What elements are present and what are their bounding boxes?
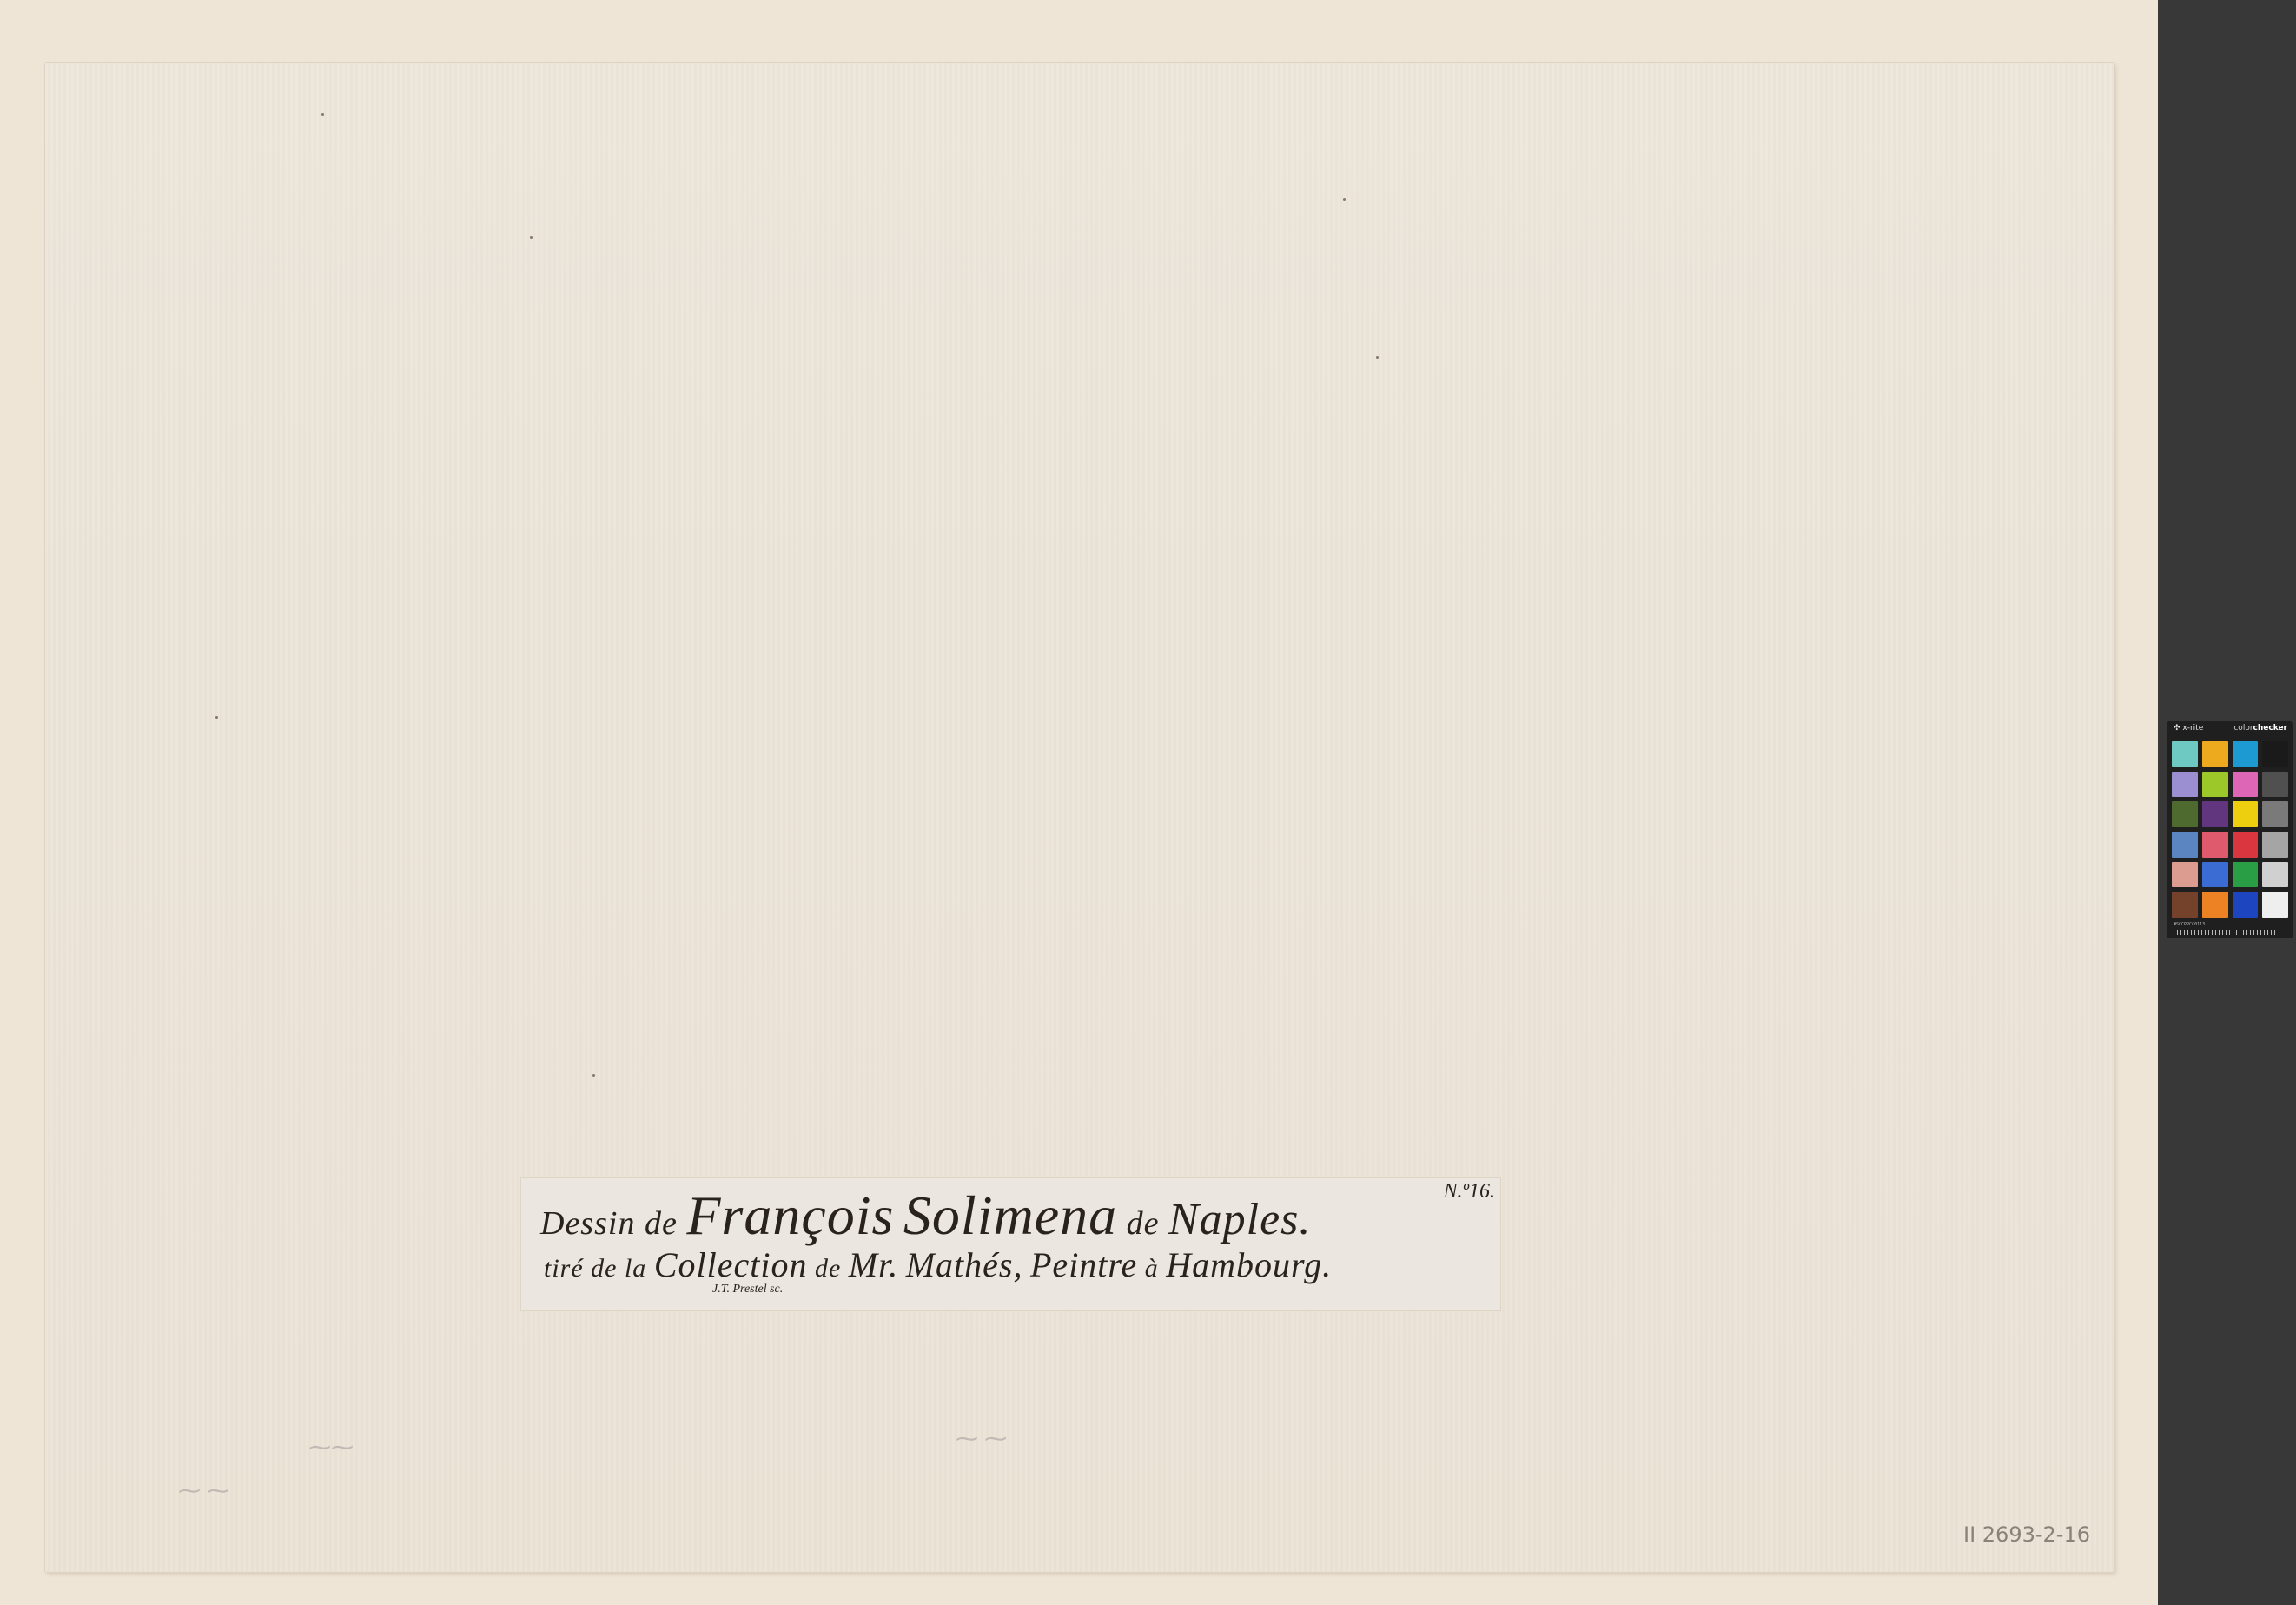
label-prefix: Dessin de — [540, 1205, 678, 1242]
foxing-speck — [592, 1074, 595, 1077]
color-patch — [2202, 741, 2228, 767]
serial-number: #SCCPPCC0113 — [2174, 922, 2205, 927]
color-patch — [2233, 892, 2259, 918]
provenance-de: de — [815, 1254, 841, 1283]
color-patch — [2233, 801, 2259, 827]
color-patch — [2172, 772, 2198, 798]
collector-name: Mathés, — [906, 1245, 1023, 1284]
color-patch — [2262, 862, 2288, 888]
color-patch — [2172, 741, 2198, 767]
pencil-mark: ⁓ ⁓ — [178, 1477, 229, 1504]
color-patch — [2262, 772, 2288, 798]
color-patch — [2233, 741, 2259, 767]
color-patch — [2202, 801, 2228, 827]
color-patch — [2202, 892, 2228, 918]
color-patch — [2202, 862, 2228, 888]
foxing-speck — [530, 236, 533, 239]
pencil-mark: ⁓ ⁓ — [956, 1425, 1007, 1452]
artist-city: Naples. — [1168, 1195, 1311, 1244]
colorchecker-wordmark: colorchecker — [2233, 724, 2287, 733]
color-checker-card: ✣ x-rite colorchecker #SCCPPCC0113 — [2167, 721, 2293, 938]
right-dark-panel: ✣ x-rite colorchecker #SCCPPCC0113 — [2158, 0, 2296, 1605]
xrite-logo: ✣ x-rite — [2174, 724, 2203, 733]
color-patch — [2262, 832, 2288, 858]
label-provenance: tiré de la Collection de Mr. Mathés, Pei… — [544, 1244, 1332, 1285]
foxing-speck — [321, 113, 324, 116]
provenance-collection: Collection — [654, 1245, 808, 1284]
wordmark-prefix: color — [2233, 724, 2253, 733]
color-patch — [2233, 832, 2259, 858]
wordmark-bold: checker — [2253, 724, 2287, 733]
color-patch — [2172, 832, 2198, 858]
color-patch — [2202, 832, 2228, 858]
brand-name: x-rite — [2182, 724, 2203, 733]
color-patch-grid — [2172, 741, 2288, 918]
provenance-a: à — [1145, 1254, 1159, 1283]
collector-title: Peintre — [1030, 1245, 1137, 1284]
foxing-speck — [215, 716, 218, 719]
collector-city: Hambourg. — [1166, 1245, 1332, 1284]
foxing-speck — [1376, 356, 1379, 359]
color-patch — [2233, 862, 2259, 888]
color-patch — [2233, 772, 2259, 798]
printed-label: Dessin de François Solimena de Naples. N… — [521, 1178, 1500, 1310]
color-patch — [2202, 772, 2228, 798]
label-de: de — [1127, 1205, 1160, 1242]
pencil-mark: ⁓⁓ — [308, 1434, 354, 1461]
color-patch — [2262, 892, 2288, 918]
mm-ruler — [2174, 930, 2278, 935]
color-patch — [2262, 801, 2288, 827]
label-title: Dessin de François Solimena de Naples. — [540, 1184, 1311, 1248]
provenance-mr: Mr. — [849, 1245, 898, 1284]
plate-number: N.º16. — [1444, 1180, 1495, 1204]
provenance-text: tiré de la — [544, 1254, 646, 1283]
artist-first-name: François — [686, 1184, 894, 1246]
artist-last-name: Solimena — [903, 1184, 1117, 1246]
color-patch — [2262, 741, 2288, 767]
foxing-speck — [1343, 198, 1346, 201]
inventory-number: II 2693-2-16 — [1963, 1522, 2090, 1547]
engraver-credit: J.T. Prestel sc. — [712, 1283, 783, 1297]
paper-sheet — [45, 63, 2114, 1572]
color-patch — [2172, 892, 2198, 918]
mount-background: Dessin de François Solimena de Naples. N… — [0, 0, 2158, 1605]
color-patch — [2172, 801, 2198, 827]
color-patch — [2172, 862, 2198, 888]
